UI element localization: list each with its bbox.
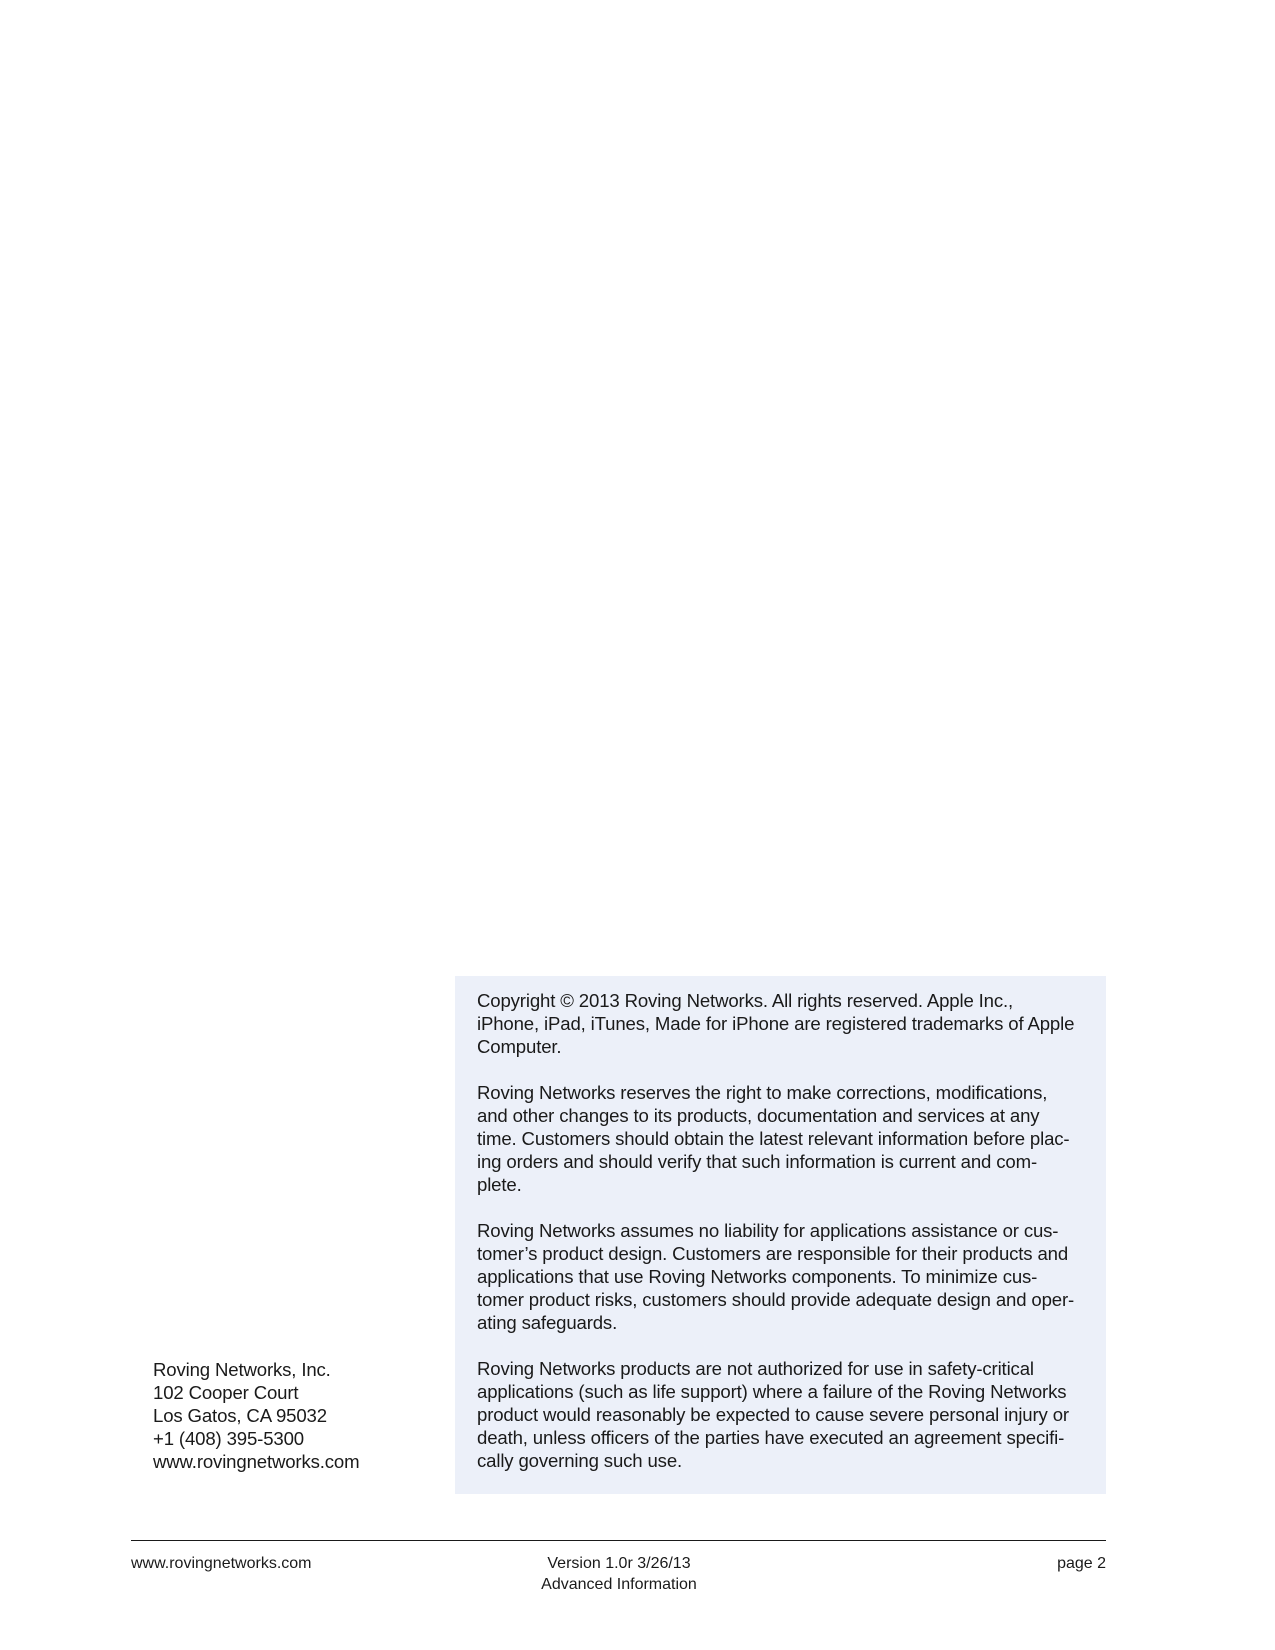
page-number: page 2 xyxy=(1057,1553,1106,1574)
document-page: Copyright © 2013 Roving Networks. All ri… xyxy=(0,0,1275,1650)
text-line: Roving Networks reserves the right to ma… xyxy=(477,1081,1106,1104)
text-line: Copyright © 2013 Roving Networks. All ri… xyxy=(477,989,1106,1012)
liability-paragraph: Roving Networks assumes no liability for… xyxy=(477,1219,1106,1334)
city-state-zip: Los Gatos, CA 95032 xyxy=(153,1404,359,1427)
text-line: applications that use Roving Networks co… xyxy=(477,1265,1106,1288)
text-line: tomer’s product design. Customers are re… xyxy=(477,1242,1106,1265)
paragraph-spacer xyxy=(477,1058,1106,1081)
text-line: product would reasonably be expected to … xyxy=(477,1403,1106,1426)
corrections-paragraph: Roving Networks reserves the right to ma… xyxy=(477,1081,1106,1196)
text-line: death, unless officers of the parties ha… xyxy=(477,1426,1106,1449)
footer-website: www.rovingnetworks.com xyxy=(131,1553,312,1574)
document-status: Advanced Information xyxy=(469,1574,769,1595)
text-line: time. Customers should obtain the latest… xyxy=(477,1127,1106,1150)
company-name: Roving Networks, Inc. xyxy=(153,1358,359,1381)
text-line: tomer product risks, customers should pr… xyxy=(477,1288,1106,1311)
text-line: plete. xyxy=(477,1173,1106,1196)
text-line: applications (such as life support) wher… xyxy=(477,1380,1106,1403)
text-line: Computer. xyxy=(477,1035,1106,1058)
legal-notice-box: Copyright © 2013 Roving Networks. All ri… xyxy=(455,976,1106,1494)
phone-number: +1 (408) 395-5300 xyxy=(153,1427,359,1450)
text-line: iPhone, iPad, iTunes, Made for iPhone ar… xyxy=(477,1012,1106,1035)
paragraph-spacer xyxy=(477,1196,1106,1219)
text-line: ating safeguards. xyxy=(477,1311,1106,1334)
safety-critical-paragraph: Roving Networks products are not authori… xyxy=(477,1357,1106,1472)
paragraph-spacer xyxy=(477,1334,1106,1357)
company-website: www.rovingnetworks.com xyxy=(153,1450,359,1473)
text-line: and other changes to its products, docum… xyxy=(477,1104,1106,1127)
text-line: ing orders and should verify that such i… xyxy=(477,1150,1106,1173)
text-line: Roving Networks assumes no liability for… xyxy=(477,1219,1106,1242)
company-address: Roving Networks, Inc. 102 Cooper Court L… xyxy=(153,1358,359,1473)
footer-divider xyxy=(131,1540,1106,1541)
footer-version-info: Version 1.0r 3/26/13 Advanced Informatio… xyxy=(469,1553,769,1595)
text-line: cally governing such use. xyxy=(477,1449,1106,1472)
text-line: Roving Networks products are not authori… xyxy=(477,1357,1106,1380)
copyright-paragraph: Copyright © 2013 Roving Networks. All ri… xyxy=(477,989,1106,1058)
version-label: Version 1.0r 3/26/13 xyxy=(469,1553,769,1574)
street-address: 102 Cooper Court xyxy=(153,1381,359,1404)
